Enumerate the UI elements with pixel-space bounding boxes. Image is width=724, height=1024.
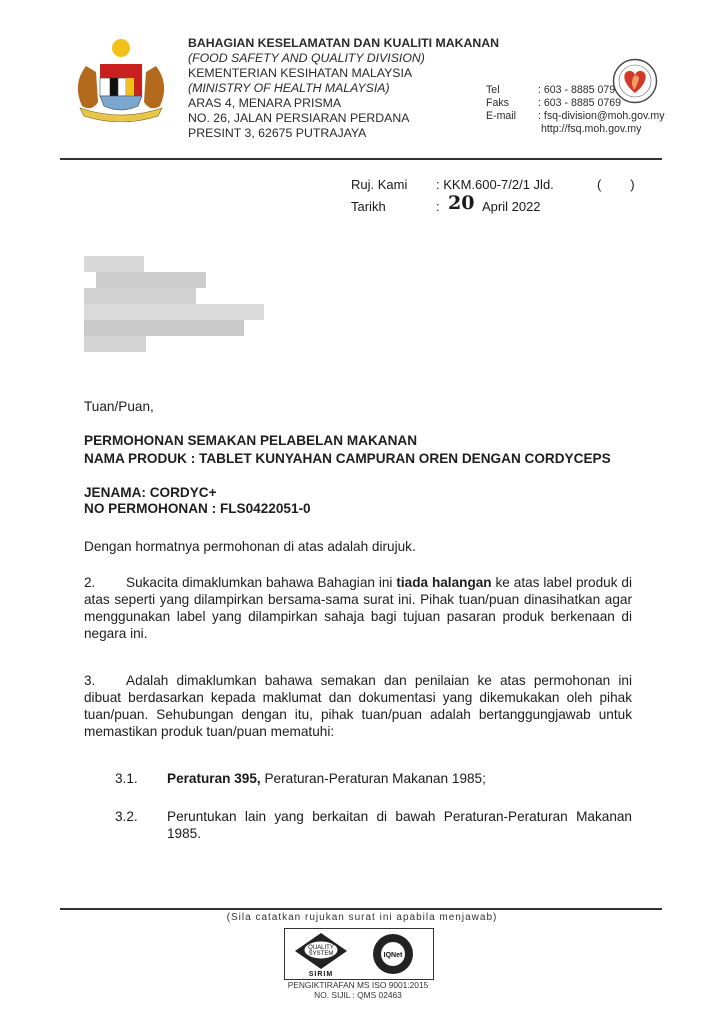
intro-paragraph: Dengan hormatnya permohonan di atas adal… [84,538,632,555]
recipient-address-redacted [84,256,264,356]
certification-logos: QUALITY SYSTEM SIRIM IQNet [284,928,434,980]
salutation: Tuan/Puan, [84,398,632,415]
list-item-3-1: 3.1. Peraturan 395, Peraturan-Peraturan … [115,770,632,787]
list-item-3-2: 3.2. Peruntukan lain yang berkaitan di b… [115,808,632,842]
date-colon: : [436,199,440,214]
ref-volume: ( ) [597,177,635,192]
malaysia-coat-of-arms-icon [66,36,176,122]
svg-text:SIRIM: SIRIM [309,971,333,977]
contact-email[interactable]: E-mail: fsq-division@moh.gov.my [486,110,665,123]
iqnet-icon: IQNet [371,932,415,976]
subject-line-2: NAMA PRODUK : TABLET KUNYAHAN CAMPURAN O… [84,451,632,467]
org-name-en: (FOOD SAFETY AND QUALITY DIVISION) [188,51,425,66]
footer-note: (Sila catatkan rujukan surat ini apabila… [0,912,724,923]
header-divider [60,158,662,160]
svg-text:IQNet: IQNet [384,952,403,959]
ministry-name: KEMENTERIAN KESIHATAN MALAYSIA [188,66,412,81]
subject-line-1: PERMOHONAN SEMAKAN PELABELAN MAKANAN [84,433,632,449]
date-month-year: April 2022 [482,199,541,214]
footer-divider [60,908,662,910]
paragraph-3: 3.Adalah dimaklumkan bahawa semakan dan … [84,672,632,740]
address-line-3: PRESINT 3, 62675 PUTRAJAYA [188,126,366,141]
address-line-1: ARAS 4, MENARA PRISMA [188,96,341,111]
certification-line-2: NO. SIJIL : QMS 02463 [0,990,716,1000]
sirim-quality-system-icon: QUALITY SYSTEM SIRIM [291,931,351,977]
ref-value: : KKM.600-7/2/1 Jld. [436,177,554,192]
heart-award-icon [612,58,658,104]
svg-text:SYSTEM: SYSTEM [309,951,334,957]
contact-tel: Tel: 603 - 8885 0797 [486,84,621,97]
contact-website[interactable]: http://fsq.moh.gov.my [486,123,641,136]
org-name: BAHAGIAN KESELAMATAN DAN KUALITI MAKANAN [188,36,499,51]
contact-fax: Faks: 603 - 8885 0769 [486,97,621,110]
ministry-name-en: (MINISTRY OF HEALTH MALAYSIA) [188,81,390,96]
address-line-2: NO. 26, JALAN PERSIARAN PERDANA [188,111,409,126]
subject-line-3: JENAMA: CORDYC+ [84,485,632,501]
ref-label: Ruj. Kami [351,177,407,192]
paragraph-2: 2.Sukacita dimaklumkan bahawa Bahagian i… [84,574,632,642]
date-label: Tarikh [351,199,386,214]
certification-line-1: PENGIKTIRAFAN MS ISO 9001:2015 [0,980,716,990]
subject-line-4: NO PERMOHONAN : FLS0422051-0 [84,501,632,517]
date-day-handwritten: 20 [448,192,474,214]
